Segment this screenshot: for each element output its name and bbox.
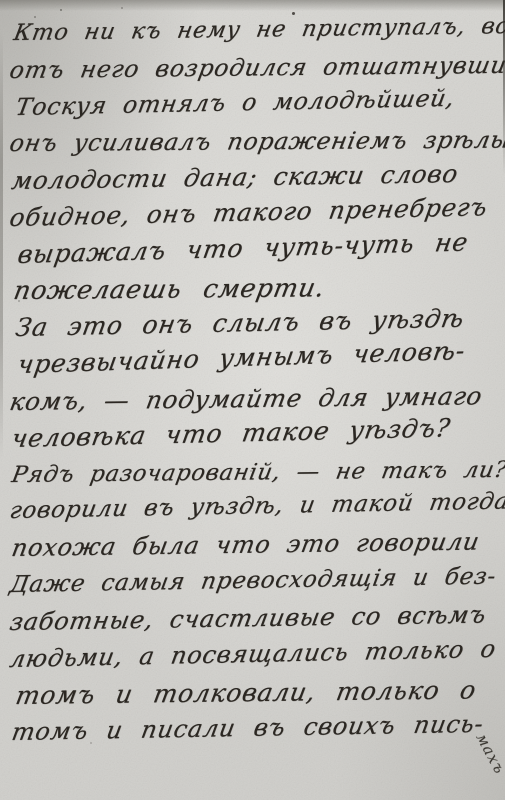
- manuscript-line-text: Рядъ разочарованій, — не такъ ли?: [10, 457, 505, 488]
- manuscript-line-text: говорили въ уѣздѣ, и такой тогда: [8, 489, 505, 525]
- ink-speck: [121, 7, 123, 9]
- manuscript-scan-page: Кто ни къ нему не приступалъ, всякій отъ…: [0, 0, 505, 800]
- manuscript-line-text: людьми, а посвящались только о: [8, 635, 499, 673]
- manuscript-line-text: пожелаешь смерти.: [11, 273, 327, 306]
- manuscript-line-text: человѣка что такое уѣздъ?: [10, 413, 453, 453]
- manuscript-line-text: похожа была что это говорили: [9, 528, 482, 563]
- manuscript-line-text: томъ и писали въ своихъ пись-: [10, 710, 487, 746]
- manuscript-line-text: томъ и толковали, только о: [13, 676, 478, 711]
- manuscript-line: томъ и писали въ своихъ пись-: [12, 706, 505, 751]
- manuscript-line-text: заботные, счастливые со всѣмъ: [7, 601, 488, 637]
- manuscript-line-text: выражалъ что чуть-чуть не: [16, 227, 471, 269]
- manuscript-line: Кто ни къ нему не приступалъ, всякій: [14, 8, 505, 52]
- handwritten-text-block: Кто ни къ нему не приступалъ, всякій отъ…: [10, 15, 505, 751]
- manuscript-line-text: Тоскуя отнялъ о молодѣйшей,: [14, 84, 458, 121]
- manuscript-line-text: Кто ни къ нему не приступалъ, всякій: [12, 13, 505, 47]
- manuscript-line-text: онъ усиливалъ пораженіемъ зрѣлымъ: [7, 126, 505, 158]
- manuscript-line-text: Даже самыя превосходящія и без-: [8, 564, 499, 599]
- manuscript-line-text: отъ него возродился отшатнувшись.: [7, 51, 505, 85]
- scan-edge-left: [0, 30, 3, 460]
- ink-speck: [60, 9, 62, 11]
